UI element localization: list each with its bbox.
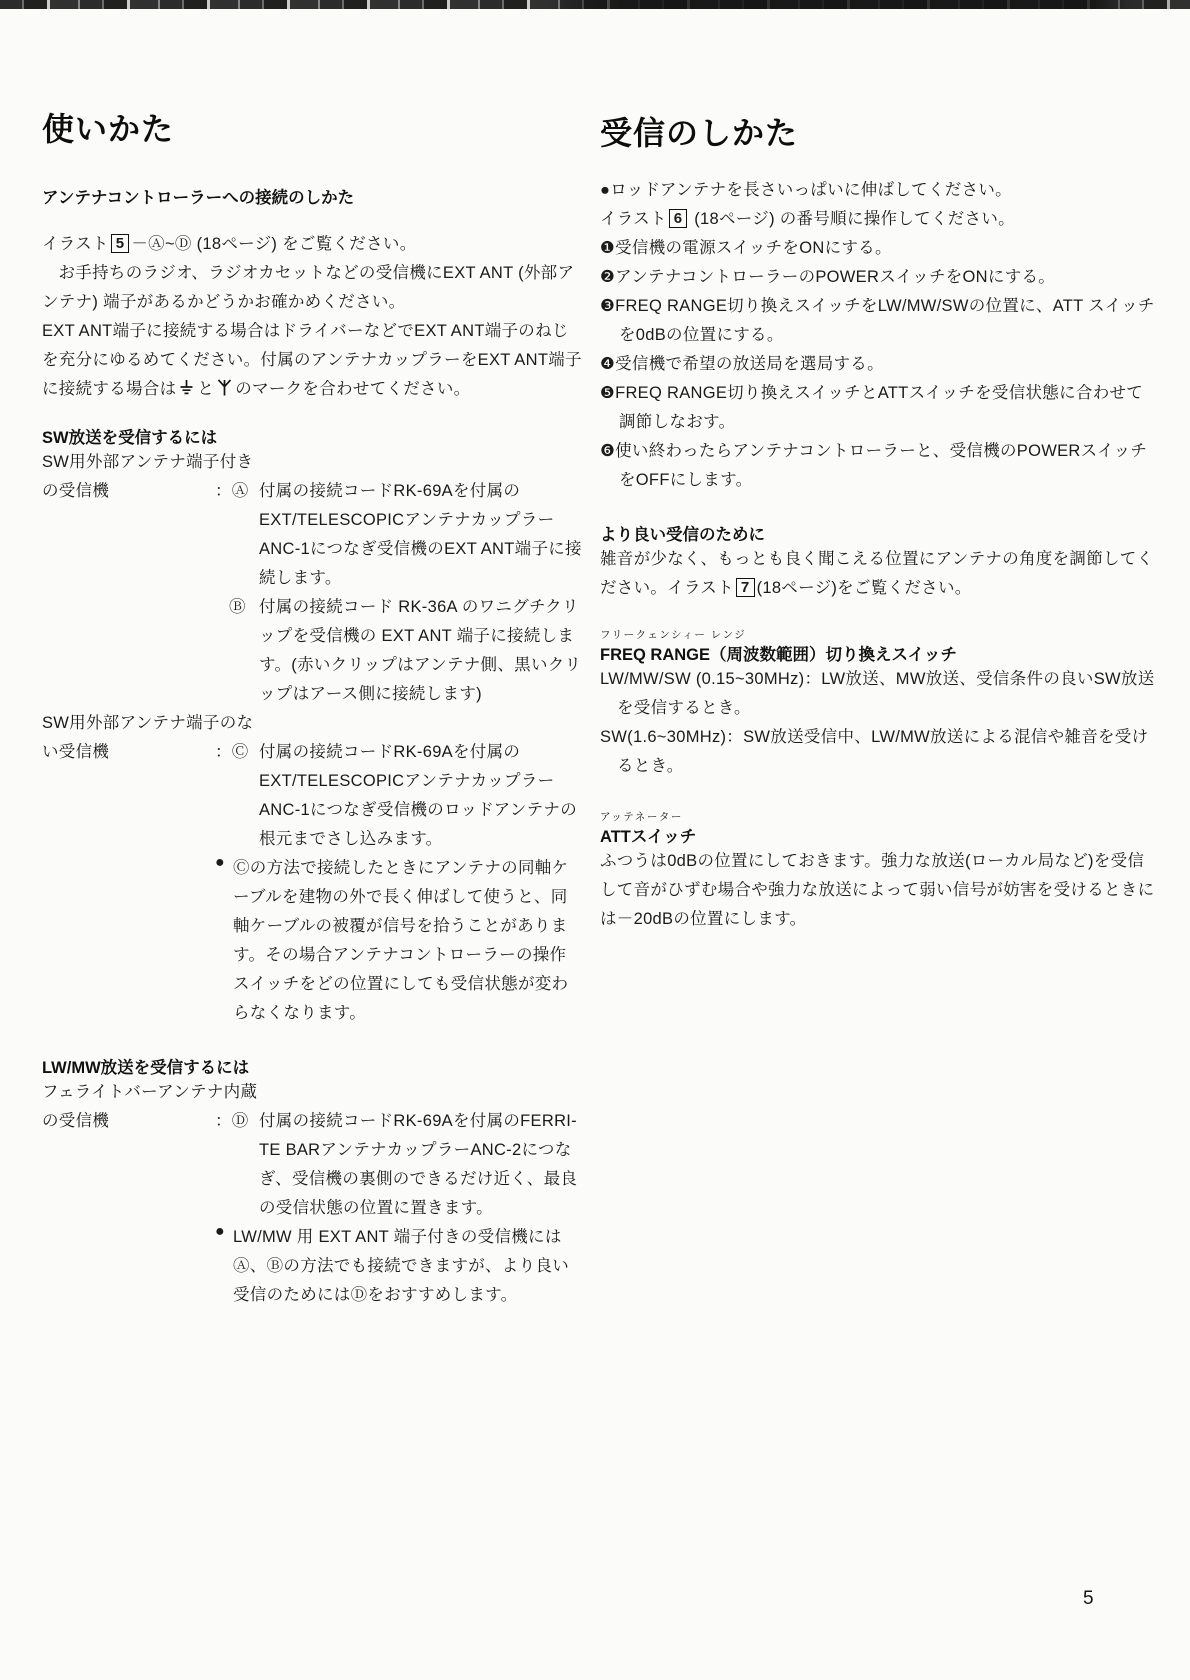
lwmw-row: の受信機 ：Ⓓ付属の接続コードRK-69Aを付属のFERRI-TE BARアンテ… [42,1107,582,1223]
rod-antenna-bullet-line: ●ロッドアンテナを長さいっぱいに伸ばしてください。 [600,176,1158,205]
freq-def-sw: SW(1.6~30MHz)：SW放送受信中、LW/MW放送による混信や雑音を受け… [600,723,1158,781]
item-a: ：Ⓐ付属の接続コードRK-69Aを付属の EXT/TELESCOPICアンテナカ… [215,477,582,593]
illustration-reference-line-6: イラスト6 (18ページ) の番号順に操作してください。 [600,205,1158,234]
item-c-marker: ：Ⓒ [215,738,259,854]
better-reception-para: 雑音が少なく、もっとも良く聞こえる位置にアンテナの角度を調節してください。イラス… [600,545,1158,603]
freq-range-furigana: フリークェンシィー レンジ [600,629,1158,641]
bullet-icon: ● [215,1223,233,1310]
item-d-marker: ：Ⓓ [215,1107,259,1223]
sw-case2-label-line2: い受信機 [42,738,215,767]
att-para: ふつうは0dBの位置にしておきます。強力な放送(ローカル局など)を受信して音がひ… [600,847,1158,934]
left-column: 使いかた アンテナコントローラーへの接続のしかた イラスト5－Ⓐ~Ⓓ (18ペー… [42,0,582,1310]
item-d-text: 付属の接続コードRK-69Aを付属のFERRI-TE BARアンテナカップラーA… [259,1107,582,1223]
item-b: Ⓑ付属の接続コード RK-36A のワニグチクリップを受信機の EXT ANT … [215,593,582,709]
heading-better-reception: より良い受信のために [600,521,1158,545]
step-3: ❸FREQ RANGE切り換えスイッチをLW/MW/SWの位置に、ATT スイッ… [600,292,1158,350]
step-6: ❻使い終わったらアンテナコントローラーと、受信機のPOWERスイッチをOFFにし… [600,437,1158,495]
boxed-number-5: 5 [111,234,130,253]
page-title-usage: 使いかた [42,104,582,150]
sw-note-text: Ⓒの方法で接続したときにアンテナの同軸ケーブルを建物の外で長く伸ばして使うと、同… [233,854,582,1028]
heading-freq-range-switch: FREQ RANGE（周波数範囲）切り換えスイッチ [600,641,1158,665]
item-b-marker: Ⓑ [229,593,259,709]
freq-def-lwmwsw: LW/MW/SW (0.15~30MHz)：LW放送、MW放送、受信条件の良いS… [600,665,1158,723]
step-4: ❹受信機で希望の放送局を選局する。 [600,350,1158,379]
sw-case1-label-line1: SW用外部アンテナ端子付き [42,448,582,477]
boxed-number-6: 6 [669,209,688,228]
lwmw-label-line1: フェライトバーアンテナ内蔵 [42,1078,582,1107]
illust-suffix: (18ページ) の番号順に操作してください。 [689,210,1015,228]
heading-antenna-controller-connection: アンテナコントローラーへの接続のしかた [42,184,582,208]
bullet-icon: ● [215,854,233,1028]
para-check-ext-ant: お手持ちのラジオ、ラジオカセットなどの受信機にEXT ANT (外部アンテナ) … [42,259,582,317]
step-5: ❺FREQ RANGE切り換えスイッチとATTスイッチを受信状態に合わせて調節し… [600,379,1158,437]
sw-case1-label-line2: の受信機 [42,477,215,506]
antenna-icon [217,377,232,406]
screw-text-3: のマークを合わせてください。 [235,380,470,398]
illust-suffix: －Ⓐ~Ⓓ (18ページ) をご覧ください。 [131,235,416,253]
sw-case1-items: ：Ⓐ付属の接続コードRK-69Aを付属の EXT/TELESCOPICアンテナカ… [215,477,582,709]
sw-case1-row: の受信機 ：Ⓐ付属の接続コードRK-69Aを付属の EXT/TELESCOPIC… [42,477,582,709]
screw-text-2: と [197,380,214,398]
earth-ground-icon [179,377,194,406]
heading-sw-reception: SW放送を受信するには [42,424,582,448]
right-column: 受信のしかた ●ロッドアンテナを長さいっぱいに伸ばしてください。 イラスト6 (… [600,0,1158,934]
sw-case2-row: い受信機 ：Ⓒ付属の接続コードRK-69Aを付属の EXT/TELESCOPIC… [42,738,582,854]
sw-case2-label-line1: SW用外部アンテナ端子のな [42,709,582,738]
better-text-2: (18ページ)をご覧ください。 [757,579,972,597]
step-2: ❷アンテナコントローラーのPOWERスイッチをONにする。 [600,263,1158,292]
item-c-text: 付属の接続コードRK-69Aを付属の EXT/TELESCOPICアンテナカップ… [259,738,582,854]
step-1: ❶受信機の電源スイッチをONにする。 [600,234,1158,263]
heading-att-switch: ATTスイッチ [600,823,1158,847]
boxed-number-7: 7 [736,578,755,597]
item-b-text: 付属の接続コード RK-36A のワニグチクリップを受信機の EXT ANT 端… [259,593,582,709]
illustration-reference-line: イラスト5－Ⓐ~Ⓓ (18ページ) をご覧ください。 [42,230,582,259]
lwmw-label-line2: の受信機 [42,1107,215,1136]
illust-prefix: イラスト [600,210,667,228]
lwmw-note: ● LW/MW 用 EXT ANT 端子付きの受信機にはⒶ、Ⓑの方法でも接続でき… [215,1223,582,1310]
lwmw-note-text: LW/MW 用 EXT ANT 端子付きの受信機にはⒶ、Ⓑの方法でも接続できます… [233,1223,582,1310]
sw-note: ● Ⓒの方法で接続したときにアンテナの同軸ケーブルを建物の外で長く伸ばして使うと… [215,854,582,1028]
att-furigana: アッテネーター [600,811,1158,823]
item-a-marker: ：Ⓐ [215,477,259,593]
sw-case2-items: ：Ⓒ付属の接続コードRK-69Aを付属の EXT/TELESCOPICアンテナカ… [215,738,582,854]
illust-prefix: イラスト [42,235,109,253]
item-d: ：Ⓓ付属の接続コードRK-69Aを付属のFERRI-TE BARアンテナカップラ… [215,1107,582,1223]
para-screw-instruction: EXT ANT端子に接続する場合はドライバーなどでEXT ANT端子のねじを充分… [42,317,582,406]
page-title-reception: 受信のしかた [600,108,1158,154]
heading-lwmw-reception: LW/MW放送を受信するには [42,1054,582,1078]
item-a-text: 付属の接続コードRK-69Aを付属の EXT/TELESCOPICアンテナカップ… [259,477,582,593]
lwmw-items: ：Ⓓ付属の接続コードRK-69Aを付属のFERRI-TE BARアンテナカップラ… [215,1107,582,1223]
page-number: 5 [1083,1588,1094,1610]
item-c: ：Ⓒ付属の接続コードRK-69Aを付属の EXT/TELESCOPICアンテナカ… [215,738,582,854]
